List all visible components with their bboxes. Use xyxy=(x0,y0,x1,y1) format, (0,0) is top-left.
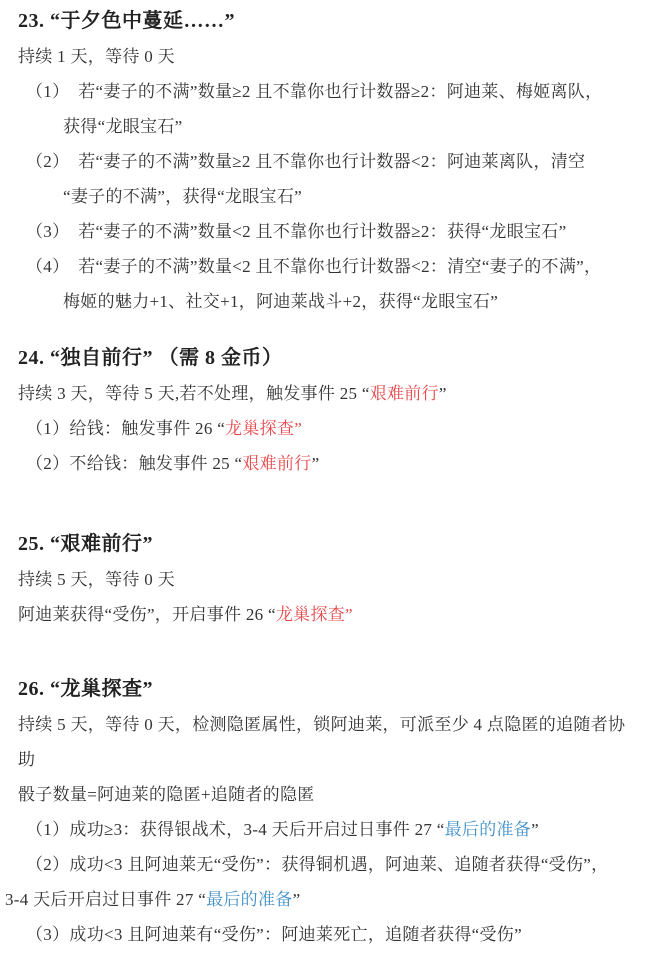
text-line: （2）不给钱：触发事件 25 “艰难前行” xyxy=(18,446,647,481)
document-page: 23. “于夕色中蔓延……”持续 1 天，等待 0 天（1） 若“妻子的不满”数… xyxy=(0,0,663,959)
text-segment: 阿迪莱获得“受伤”，开启事件 26 “ xyxy=(18,605,276,624)
text-segment: 3-4 天后开启过日事件 27 “ xyxy=(5,890,206,909)
text-segment: 最后的准备 xyxy=(445,820,532,839)
text-line: 持续 1 天，等待 0 天 xyxy=(18,39,647,74)
text-segment: ” xyxy=(293,890,301,909)
text-segment: 骰子数量=阿迪莱的隐匿+追随者的隐匿 xyxy=(18,785,315,804)
text-line: 骰子数量=阿迪莱的隐匿+追随者的隐匿 xyxy=(18,777,647,812)
text-line: 持续 3 天，等待 5 天,若不处理，触发事件 25 “艰难前行” xyxy=(18,376,647,411)
text-segment: （1） 若“妻子的不满”数量≥2 且不靠你也行计数器≥2：阿迪莱、梅姬离队， xyxy=(26,82,602,101)
text-line: 助 xyxy=(18,742,647,777)
text-segment: 持续 5 天，等待 0 天 xyxy=(18,570,175,589)
text-line: （1）成功≥3：获得银战术，3-4 天后开启过日事件 27 “最后的准备” xyxy=(18,812,647,847)
text-segment: （3） 若“妻子的不满”数量<2 且不靠你也行计数器≥2：获得“龙眼宝石” xyxy=(26,222,566,241)
section-title: 25. “艰难前行” xyxy=(18,527,647,562)
text-segment: 持续 3 天，等待 5 天,若不处理，触发事件 25 “ xyxy=(18,384,370,403)
text-segment: “妻子的不满”，获得“龙眼宝石” xyxy=(63,187,302,206)
text-segment: 最后的准备 xyxy=(206,890,293,909)
text-line: （3） 若“妻子的不满”数量<2 且不靠你也行计数器≥2：获得“龙眼宝石” xyxy=(18,214,647,249)
text-segment: （1）给钱：触发事件 26 “ xyxy=(26,419,225,438)
event-section: 26. “龙巢探查”持续 5 天，等待 0 天，检测隐匿属性，锁阿迪莱，可派至少… xyxy=(18,672,647,952)
text-line: 获得“龙眼宝石” xyxy=(18,109,647,144)
text-segment: 助 xyxy=(18,750,35,769)
event-section: 23. “于夕色中蔓延……”持续 1 天，等待 0 天（1） 若“妻子的不满”数… xyxy=(18,4,647,319)
text-segment: （4） 若“妻子的不满”数量<2 且不靠你也行计数器<2：清空“妻子的不满”， xyxy=(26,257,601,276)
text-line: 持续 5 天，等待 0 天 xyxy=(18,562,647,597)
section-title: 23. “于夕色中蔓延……” xyxy=(18,4,647,39)
text-line: 梅姬的魅力+1、社交+1，阿迪莱战斗+2，获得“龙眼宝石” xyxy=(18,284,647,319)
text-segment: （1）成功≥3：获得银战术，3-4 天后开启过日事件 27 “ xyxy=(26,820,445,839)
text-segment: ” xyxy=(312,454,320,473)
text-segment: 龙巢探查” xyxy=(276,605,353,624)
text-line: （1）给钱：触发事件 26 “龙巢探查” xyxy=(18,411,647,446)
text-line: （2） 若“妻子的不满”数量≥2 且不靠你也行计数器<2：阿迪莱离队，清空 xyxy=(18,144,647,179)
text-segment: 艰难前行 xyxy=(242,454,311,473)
text-segment: 梅姬的魅力+1、社交+1，阿迪莱战斗+2，获得“龙眼宝石” xyxy=(63,292,498,311)
text-segment: （2）成功<3 且阿迪莱无“受伤”：获得铜机遇，阿迪莱、追随者获得“受伤”， xyxy=(26,855,608,874)
section-title: 24. “独自前行” （需 8 金币） xyxy=(18,341,647,376)
text-segment: （3）成功<3 且阿迪莱有“受伤”：阿迪莱死亡，追随者获得“受伤” xyxy=(26,925,522,944)
event-section: 25. “艰难前行”持续 5 天，等待 0 天阿迪莱获得“受伤”，开启事件 26… xyxy=(18,527,647,632)
text-segment: 持续 5 天，等待 0 天，检测隐匿属性，锁阿迪莱，可派至少 4 点隐匿的追随者… xyxy=(18,715,625,734)
text-line: 3-4 天后开启过日事件 27 “最后的准备” xyxy=(5,882,647,917)
text-segment: （2）不给钱：触发事件 25 “ xyxy=(26,454,242,473)
text-segment: 获得“龙眼宝石” xyxy=(63,117,183,136)
text-line: （2）成功<3 且阿迪莱无“受伤”：获得铜机遇，阿迪莱、追随者获得“受伤”， xyxy=(18,847,647,882)
text-line: “妻子的不满”，获得“龙眼宝石” xyxy=(18,179,647,214)
section-title: 26. “龙巢探查” xyxy=(18,672,647,707)
text-segment: ” xyxy=(439,384,447,403)
text-line: （3）成功<3 且阿迪莱有“受伤”：阿迪莱死亡，追随者获得“受伤” xyxy=(18,917,647,952)
text-segment: 持续 1 天，等待 0 天 xyxy=(18,47,175,66)
text-line: （1） 若“妻子的不满”数量≥2 且不靠你也行计数器≥2：阿迪莱、梅姬离队， xyxy=(18,74,647,109)
text-segment: 龙巢探查” xyxy=(225,419,302,438)
text-segment: 艰难前行 xyxy=(370,384,439,403)
text-line: （4） 若“妻子的不满”数量<2 且不靠你也行计数器<2：清空“妻子的不满”， xyxy=(18,249,647,284)
event-section: 24. “独自前行” （需 8 金币）持续 3 天，等待 5 天,若不处理，触发… xyxy=(18,341,647,481)
text-line: 阿迪莱获得“受伤”，开启事件 26 “龙巢探查” xyxy=(18,597,647,632)
text-segment: ” xyxy=(531,820,539,839)
text-line: 持续 5 天，等待 0 天，检测隐匿属性，锁阿迪莱，可派至少 4 点隐匿的追随者… xyxy=(18,707,647,742)
text-segment: （2） 若“妻子的不满”数量≥2 且不靠你也行计数器<2：阿迪莱离队，清空 xyxy=(26,152,585,171)
